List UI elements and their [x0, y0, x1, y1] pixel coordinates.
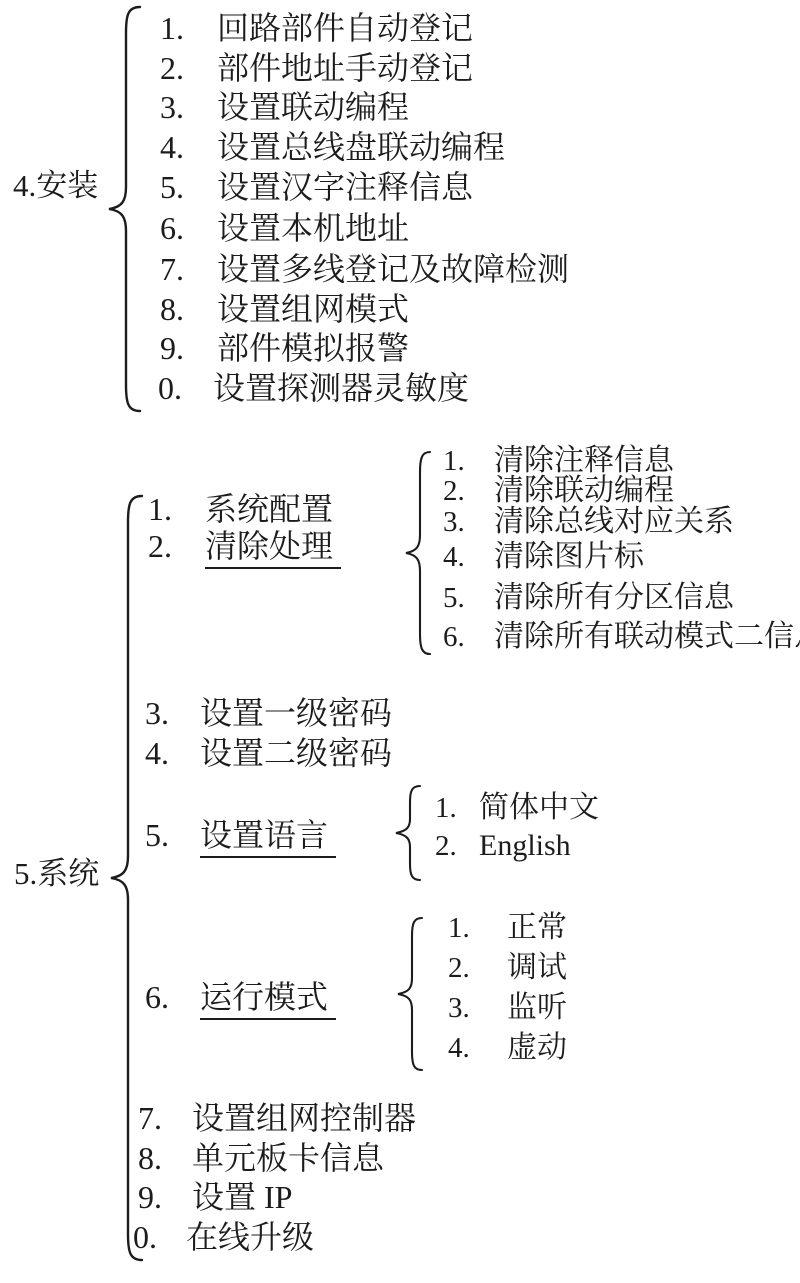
item-number: 4.	[448, 1026, 470, 1070]
item-label: 清除所有联动模式二信息	[494, 615, 800, 659]
item-label: 设置一级密码	[200, 691, 392, 735]
item-number: 6.	[145, 975, 169, 1019]
item-number: 4.	[443, 535, 465, 579]
item-number: 6.	[443, 615, 465, 659]
item-number: 9.	[138, 1175, 162, 1219]
item-label: 清除处理	[205, 524, 341, 569]
item-number: 1.	[160, 6, 184, 50]
item-label: 单元板卡信息	[192, 1136, 384, 1180]
item-label: 在线升级	[186, 1215, 314, 1259]
item-label: English	[479, 824, 571, 868]
item-number: 0.	[158, 366, 182, 410]
item-number: 1.	[448, 906, 470, 950]
item-number: 5.	[145, 813, 169, 857]
install-brace	[106, 5, 144, 413]
item-label: 监听	[507, 986, 567, 1030]
item-label: 设置多线登记及故障检测	[217, 247, 569, 291]
item-number: 4.	[145, 731, 169, 775]
item-label: 清除所有分区信息	[494, 576, 734, 620]
item-label: 设置联动编程	[217, 85, 409, 129]
item-number: 6.	[160, 206, 184, 250]
item-label: 调试	[507, 946, 567, 990]
item-number: 2.	[448, 946, 470, 990]
item-label: 清除图片标	[494, 535, 644, 579]
runmode-submenu-brace	[396, 916, 426, 1072]
item-number: 0.	[133, 1215, 157, 1259]
item-label: 设置语言	[200, 813, 336, 858]
item-number: 5.	[160, 165, 184, 209]
item-label: 设置组网控制器	[192, 1096, 416, 1140]
item-label: 虚动	[507, 1026, 567, 1070]
item-number: 7.	[160, 247, 184, 291]
item-label: 回路部件自动登记	[217, 6, 473, 50]
clear-submenu-brace	[404, 450, 434, 656]
item-label: 设置组网模式	[217, 287, 409, 331]
item-label: 设置本机地址	[217, 206, 409, 250]
item-label: 部件模拟报警	[217, 326, 409, 370]
item-label: 设置总线盘联动编程	[217, 125, 505, 169]
item-number: 9.	[160, 326, 184, 370]
item-number: 8.	[138, 1136, 162, 1180]
item-number: 8.	[160, 287, 184, 331]
item-number: 4.	[160, 125, 184, 169]
item-label: 正常	[507, 906, 567, 950]
item-number: 2.	[160, 46, 184, 90]
item-label: 设置 IP	[192, 1175, 292, 1219]
item-number: 7.	[138, 1096, 162, 1140]
item-label: 设置探测器灵敏度	[213, 366, 469, 410]
item-label: 设置二级密码	[200, 731, 392, 775]
item-label: 部件地址手动登记	[217, 46, 473, 90]
item-label: 设置汉字注释信息	[217, 165, 473, 209]
language-submenu-brace	[394, 784, 424, 882]
item-number: 3.	[448, 986, 470, 1030]
item-number: 3.	[145, 691, 169, 735]
section-label-system: 5.系统	[14, 852, 99, 896]
section-label-install: 4.安装	[13, 164, 98, 208]
item-number: 2.	[148, 524, 172, 568]
item-number: 2.	[435, 824, 457, 868]
item-number: 3.	[160, 85, 184, 129]
item-label: 运行模式	[200, 975, 336, 1020]
item-number: 5.	[443, 576, 465, 620]
menu-tree-page: 4.安装 1.回路部件自动登记 2.部件地址手动登记 3.设置联动编程 4.设置…	[0, 0, 800, 1283]
